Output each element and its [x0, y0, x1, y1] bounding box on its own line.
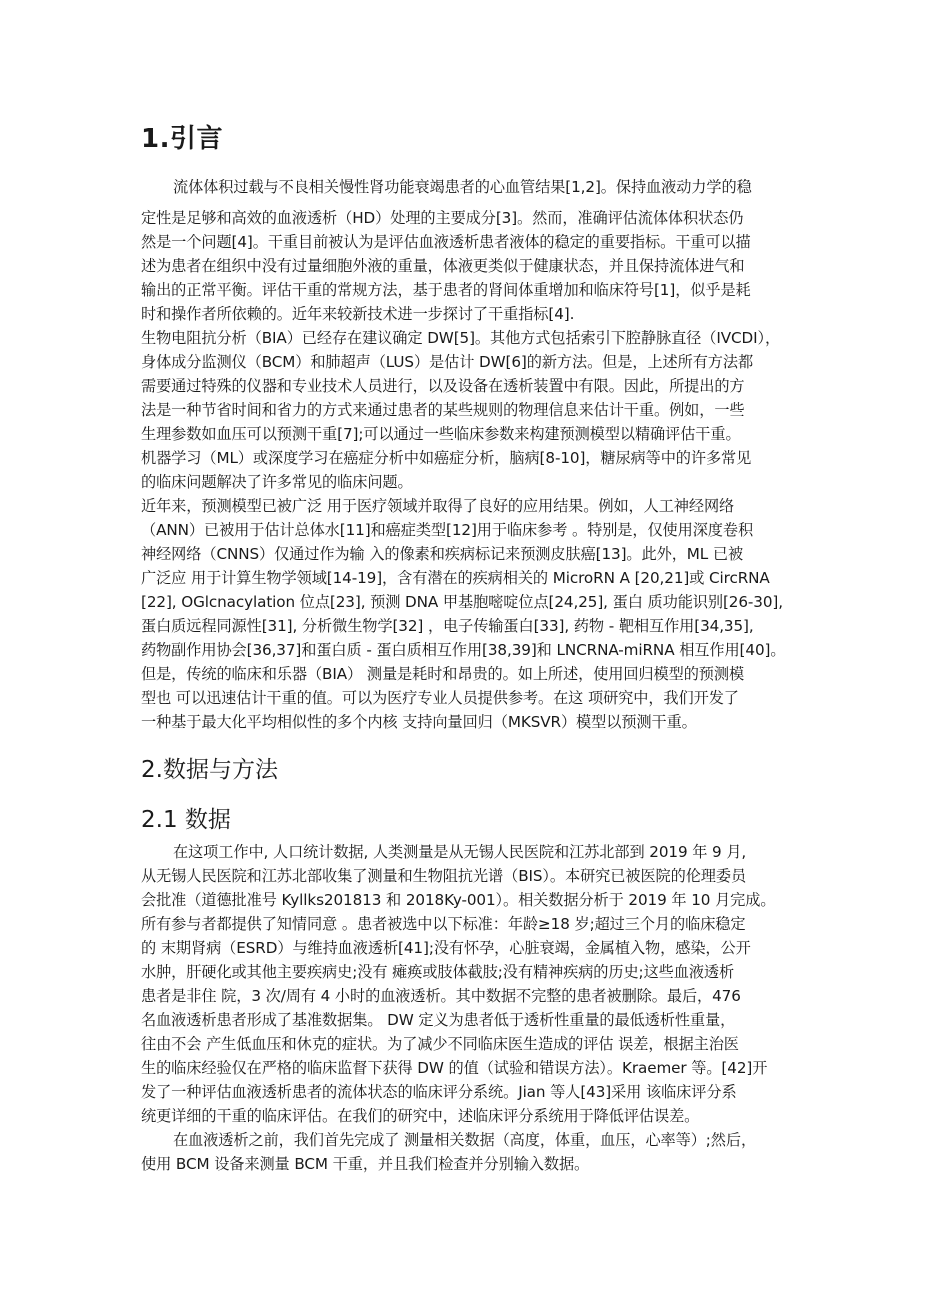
paragraph-line: 广泛应 用于计算生物学领域[14-19]，含有潜在的疾病相关的 MicroRN …: [141, 567, 770, 589]
paragraph-line: 但是，传统的临床和乐器（BIA） 测量是耗时和昂贵的。如上所述，使用回归模型的预…: [141, 663, 744, 685]
paragraph-line: 在血液透析之前，我们首先完成了 测量相关数据（高度，体重，血压，心率等）;然后，: [141, 1129, 756, 1151]
paragraph-line: 型也 可以迅速估计干重的值。可以为医疗专业人员提供参考。在这 项研究中，我们开发…: [141, 687, 739, 709]
paragraph-line: 神经网络（CNNS）仅通过作为输 入的像素和疾病标记来预测皮肤癌[13]。此外，…: [141, 543, 743, 565]
section-heading-introduction: 1.引言: [141, 118, 223, 155]
paragraph-line: 使用 BCM 设备来测量 BCM 干重，并且我们检查并分别输入数据。: [141, 1153, 589, 1175]
paragraph-line: 一种基于最大化平均相似性的多个内核 支持向量回归（MKSVR）模型以预测干重。: [141, 711, 697, 733]
paragraph-line: 流体体积过载与不良相关慢性肾功能衰竭患者的心血管结果[1,2]。保持血液动力学的…: [141, 176, 752, 198]
paragraph-line: 名血液透析患者形成了基准数据集。 DW 定义为患者低于透析性重量的最低透析性重量…: [141, 1009, 735, 1031]
paragraph-line: 蛋白质远程同源性[31], 分析微生物学[32] ，电子传输蛋白[33], 药物…: [141, 615, 754, 637]
paragraph-line: 身体成分监测仪（BCM）和肺超声（LUS）是估计 DW[6]的新方法。但是，上述…: [141, 351, 753, 373]
section-heading-data-and-methods: 2.数据与方法: [141, 751, 278, 784]
paragraph-line: 生物电阻抗分析（BIA）已经存在建议确定 DW[5]。其他方式包括索引下腔静脉直…: [141, 327, 780, 349]
paragraph-line: 的 末期肾病（ESRD）与维持血液透析[41];没有怀孕，心脏衰竭，金属植入物，…: [141, 937, 751, 959]
paragraph-line: 会批准（道德批准号 Kyllks201813 和 2018Ky-001）。相关数…: [141, 889, 775, 911]
paragraph-line: 水肿，肝硬化或其他主要疾病史;没有 瘫痪或肢体截肢;没有精神疾病的历史;这些血液…: [141, 961, 734, 983]
paragraph-line: 输出的正常平衡。评估干重的常规方法，基于患者的肾间体重增加和临床符号[1]，似乎…: [141, 279, 751, 301]
paragraph-line: 所有参与者都提供了知情同意 。患者被选中以下标准：年龄≥18 岁;超过三个月的临…: [141, 913, 745, 935]
paragraph-line: 定性是足够和高效的血液透析（HD）处理的主要成分[3]。然而，准确评估流体体积状…: [141, 207, 743, 229]
paragraph-line: 机器学习（ML）或深度学习在癌症分析中如癌症分析，脑病[8-10]，糖尿病等中的…: [141, 447, 751, 469]
paragraph-line: 法是一种节省时间和省力的方式来通过患者的某些规则的物理信息来估计干重。例如，一些: [141, 399, 745, 421]
paragraph-line: 在这项工作中, 人口统计数据, 人类测量是从无锡人民医院和江苏北部到 2019 …: [141, 841, 746, 863]
subsection-heading-data: 2.1 数据: [141, 801, 231, 834]
paragraph-line: 述为患者在组织中没有过量细胞外液的重量，体液更类似于健康状态，并且保持流体进气和: [141, 255, 745, 277]
paragraph-line: 患者是非住 院，3 次/周有 4 小时的血液透析。其中数据不完整的患者被删除。最…: [141, 985, 741, 1007]
paragraph-line: 需要通过特殊的仪器和专业技术人员进行，以及设备在透析装置中有限。因此，所提出的方: [141, 375, 745, 397]
paragraph-line: 时和操作者所依赖的。近年来较新技术进一步探讨了干重指标[4].: [141, 303, 574, 325]
paragraph-line: 近年来，预测模型已被广泛 用于医疗领域并取得了良好的应用结果。例如，人工神经网络: [141, 495, 734, 517]
paragraph-line: 从无锡人民医院和江苏北部收集了测量和生物阻抗光谱（BIS）。本研究已被医院的伦理…: [141, 865, 746, 887]
paragraph-line: 药物副作用协会[36,37]和蛋白质 - 蛋白质相互作用[38,39]和 LNC…: [141, 639, 785, 661]
paragraph-line: 生的临床经验仅在严格的临床监督下获得 DW 的值（试验和错误方法）。Kraeme…: [141, 1057, 767, 1079]
paragraph-line: 生理参数如血压可以预测干重[7];可以通过一些临床参数来构建预测模型以精确评估干…: [141, 423, 741, 445]
paragraph-line: 统更详细的干重的临床评估。在我们的研究中，述临床评分系统用于降低评估误差。: [141, 1105, 699, 1127]
paragraph-line: 往由不会 产生低血压和休克的症状。为了减少不同临床医生造成的评估 误差，根据主治…: [141, 1033, 739, 1055]
paragraph-line: 发了一种评估血液透析患者的流体状态的临床评分系统。Jian 等人[43]采用 该…: [141, 1081, 737, 1103]
paragraph-line: 的临床问题解决了许多常见的临床问题。: [141, 471, 413, 493]
paragraph-line: [22], OGlcnacylation 位点[23], 预测 DNA 甲基胞嘧…: [141, 591, 783, 613]
paragraph-line: 然是一个问题[4]。干重目前被认为是评估血液透析患者液体的稳定的重要指标。干重可…: [141, 231, 751, 253]
paragraph-line: （ANN）已被用于估计总体水[11]和癌症类型[12]用于临床参考 。特别是，仅…: [141, 519, 753, 541]
